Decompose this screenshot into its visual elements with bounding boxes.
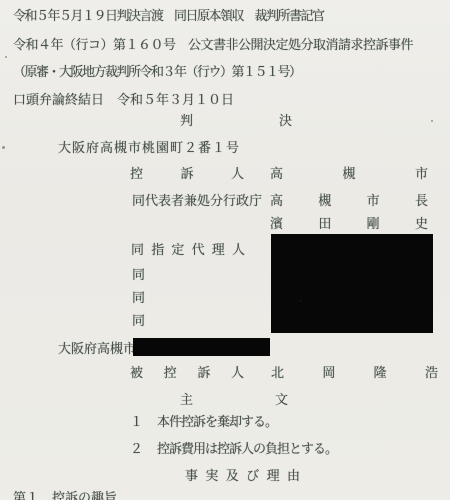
item-2-text: 控訴費用は控訴人の負担とする。 — [157, 441, 337, 456]
item-2-number: ２ — [130, 441, 157, 456]
header-line-oral-argument-close-date: 口頭弁論終結日 令和５年３月１０日 — [13, 92, 234, 107]
header-line-case-number: 令和４年（行コ）第１６０号 公文書非公開決定処分取消請求控訴事件 — [13, 37, 413, 52]
agent-names-redaction-block — [271, 234, 433, 333]
ditto-mark-3: 同 — [132, 313, 145, 328]
judgment-document-page: 令和５年５月１９日判決言渡 同日原本領収 裁判所書記官 令和４年（行コ）第１６０… — [0, 0, 450, 500]
scan-speck — [2, 146, 5, 149]
header-line-original-court: （原審・大阪地方裁判所令和３年（行ウ）第１５１号） — [13, 64, 301, 79]
representative-label: 同代表者兼処分行政庁 — [132, 193, 262, 208]
item-1-text: 本件控訴を棄却する。 — [157, 414, 277, 429]
main-text-item-2: ２控訴費用は控訴人の負担とする。 — [130, 441, 337, 456]
appellee-name: 北岡隆浩 — [271, 365, 438, 380]
appellant-name: 高槻市 — [270, 166, 428, 181]
scan-speck — [5, 56, 7, 58]
item-1-number: １ — [130, 414, 157, 429]
appellee-address-redaction-bar — [133, 338, 270, 356]
scan-speck — [300, 300, 302, 302]
main-text-heading: 主文 — [180, 392, 288, 407]
header-line-pronouncement-date: 令和５年５月１９日判決言渡 同日原本領収 裁判所書記官 — [13, 8, 324, 23]
appellant-address: 大阪府高槻市桃園町２番１号 — [58, 140, 240, 155]
judgment-title: 判決 — [180, 113, 292, 128]
facts-and-reasons-heading: 事実及び理由 — [185, 468, 300, 483]
ditto-mark-1: 同 — [132, 267, 145, 282]
designated-agent-label: 同指定代理人 — [131, 242, 245, 257]
representative-name: 濱田剛史 — [270, 216, 428, 231]
scan-speck — [431, 120, 433, 122]
section-1-heading: 第１ 控訴の趣旨 — [13, 490, 117, 500]
appellant-label: 控訴人 — [130, 166, 244, 181]
appellee-label: 被控訴人 — [130, 365, 244, 380]
main-text-item-1: １本件控訴を棄却する。 — [130, 414, 277, 429]
representative-title: 高槻市長 — [270, 193, 428, 208]
appellee-address-prefix: 大阪府高槻市 — [58, 341, 136, 356]
ditto-mark-2: 同 — [132, 290, 145, 305]
